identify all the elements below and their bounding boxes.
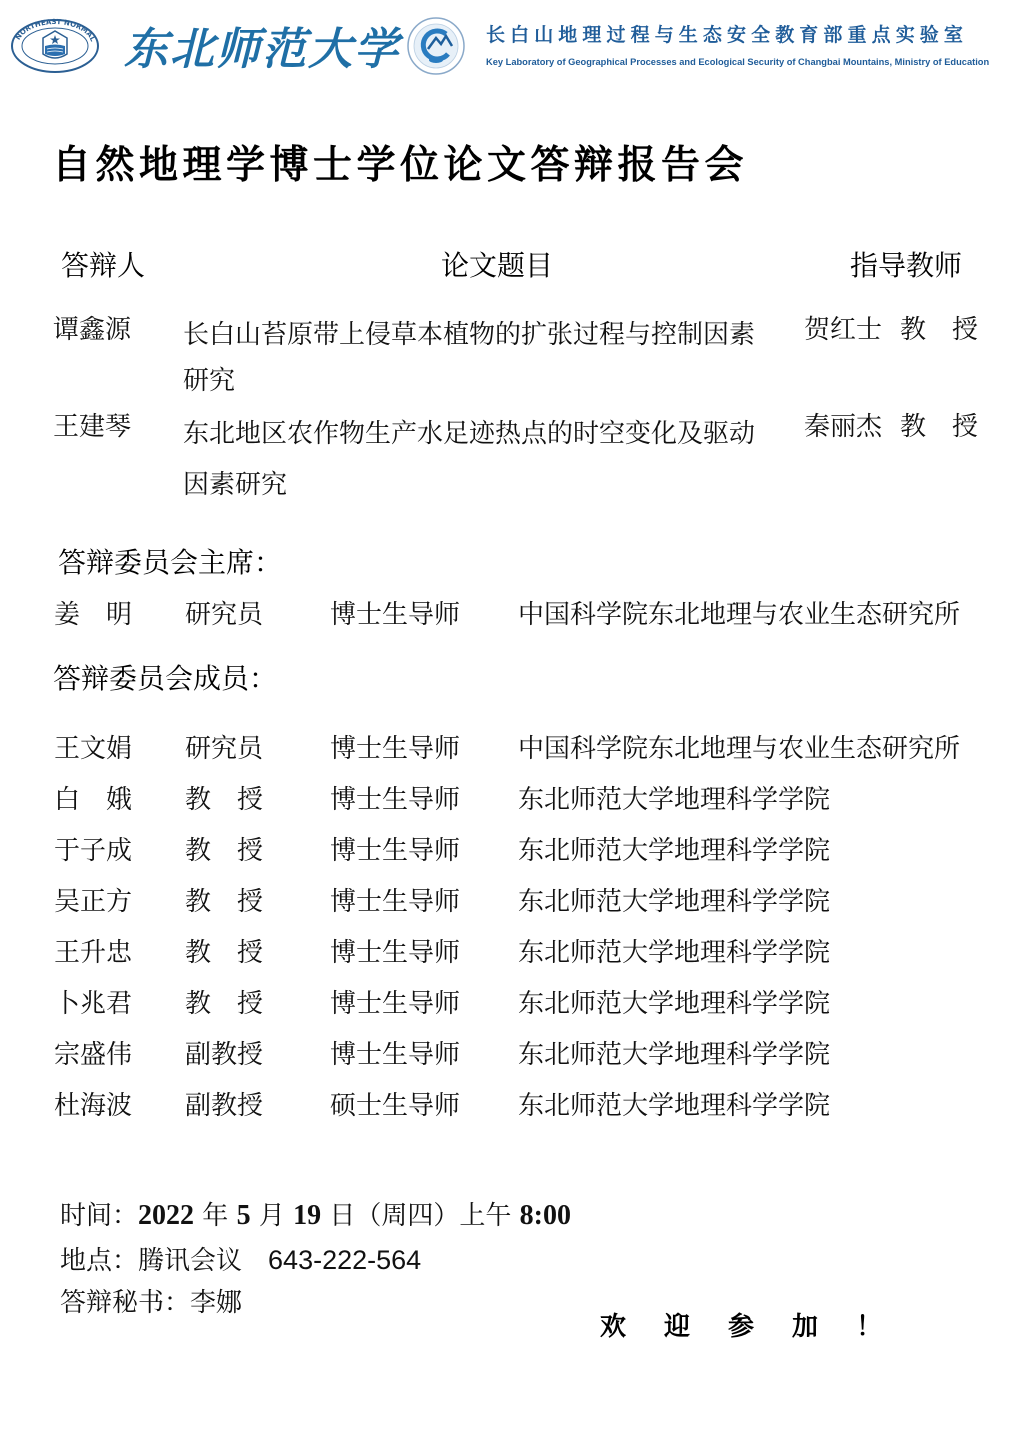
committee-members-heading: 答辩委员会成员： [53, 659, 277, 699]
thesis-topic: 东北地区农作物生产水足迹热点的时空变化及驱动因素研究 [183, 409, 773, 511]
member-name: 王升忠 [54, 934, 164, 972]
member-role: 硕士生导师 [330, 1087, 500, 1125]
member-organization: 东北师范大学地理科学学院 [518, 781, 830, 819]
member-title: 研究员 [185, 730, 305, 768]
welcome-char: 迎 [664, 1308, 690, 1346]
time-month: 5 [237, 1200, 251, 1231]
member-name: 杜海波 [54, 1087, 164, 1125]
committee-member-row: 于子成 教 授 博士生导师 东北师范大学地理科学学院 [54, 832, 1024, 870]
advisor-rank: 教授 [900, 409, 1004, 445]
thesis-topic: 长白山苔原带上侵草本植物的扩张过程与控制因素研究 [183, 312, 773, 404]
member-role: 博士生导师 [330, 1036, 500, 1074]
member-name: 白 娥 [54, 781, 164, 819]
advisor-rank: 教授 [900, 312, 1004, 348]
advisor: 秦丽杰教授 [804, 409, 1004, 445]
time-day: 19 [293, 1200, 321, 1231]
welcome-message: 欢迎参加！ [600, 1308, 920, 1346]
member-organization: 东北师范大学地理科学学院 [518, 832, 830, 870]
member-role: 博士生导师 [330, 934, 500, 972]
committee-chair-row: 姜 明 研究员 博士生导师 中国科学院东北地理与农业生态研究所 [54, 596, 1024, 634]
member-role: 博士生导师 [330, 883, 500, 921]
member-name: 宗盛伟 [54, 1036, 164, 1074]
welcome-char: 加 [792, 1308, 818, 1346]
advisor-name: 秦丽杰 [804, 412, 882, 442]
advisor: 贺红士教授 [804, 312, 1004, 348]
time-month-unit: 月 [259, 1201, 285, 1231]
candidate-name: 谭鑫源 [53, 312, 131, 348]
committee-member-row: 宗盛伟 副教授 博士生导师 东北师范大学地理科学学院 [54, 1036, 1024, 1074]
event-location: 地点：腾讯会议643-222-564 [60, 1241, 421, 1280]
member-role: 博士生导师 [330, 985, 500, 1023]
column-header-candidate: 答辩人 [61, 246, 145, 286]
university-name-calligraphy: 东北师范大学 [124, 22, 400, 78]
time-year-unit: 年 [202, 1201, 228, 1231]
column-header-topic: 论文题目 [441, 246, 553, 286]
member-role: 博士生导师 [330, 781, 500, 819]
member-title: 副教授 [185, 1036, 305, 1074]
member-organization: 中国科学院东北地理与农业生态研究所 [518, 596, 960, 634]
committee-member-row: 卜兆君 教 授 博士生导师 东北师范大学地理科学学院 [54, 985, 1024, 1023]
advisor-name: 贺红士 [804, 315, 882, 345]
time-year: 2022 [138, 1200, 194, 1231]
meeting-id[interactable]: 643-222-564 [268, 1245, 421, 1275]
page-title: 自然地理学博士学位论文答辩报告会 [52, 138, 748, 194]
member-title: 教 授 [185, 781, 305, 819]
member-title: 教 授 [185, 985, 305, 1023]
university-seal-logo: NORTHEAST NORMAL UNIVERSITY [10, 18, 100, 74]
welcome-char: ！ [856, 1308, 882, 1346]
time-label: 时间： [60, 1201, 138, 1231]
committee-member-row: 王文娟 研究员 博士生导师 中国科学院东北地理与农业生态研究所 [54, 730, 1024, 768]
member-name: 吴正方 [54, 883, 164, 921]
member-organization: 东北师范大学地理科学学院 [518, 883, 830, 921]
committee-member-row: 杜海波 副教授 硕士生导师 东北师范大学地理科学学院 [54, 1087, 1024, 1125]
member-organization: 东北师范大学地理科学学院 [518, 1036, 830, 1074]
member-name: 姜 明 [54, 596, 164, 634]
member-name: 于子成 [54, 832, 164, 870]
secretary-name: 李娜 [190, 1288, 242, 1318]
member-role: 博士生导师 [330, 596, 500, 634]
member-organization: 中国科学院东北地理与农业生态研究所 [518, 730, 960, 768]
member-title: 教 授 [185, 832, 305, 870]
member-organization: 东北师范大学地理科学学院 [518, 985, 830, 1023]
member-role: 博士生导师 [330, 832, 500, 870]
candidate-name: 王建琴 [53, 409, 131, 445]
event-secretary: 答辩秘书：李娜 [60, 1284, 242, 1322]
time-clock: 8:00 [520, 1200, 571, 1231]
event-time: 时间：2022 年 5 月 19 日（周四）上午 8:00 [60, 1197, 571, 1235]
member-title: 教 授 [185, 934, 305, 972]
member-title: 研究员 [185, 596, 305, 634]
welcome-char: 欢 [600, 1308, 626, 1346]
member-name: 王文娟 [54, 730, 164, 768]
committee-member-row: 吴正方 教 授 博士生导师 东北师范大学地理科学学院 [54, 883, 1024, 921]
column-header-advisor: 指导教师 [850, 246, 962, 286]
member-title: 教 授 [185, 883, 305, 921]
committee-chair-heading: 答辩委员会主席： [58, 543, 282, 583]
member-organization: 东北师范大学地理科学学院 [518, 1087, 830, 1125]
secretary-label: 答辩秘书： [60, 1288, 190, 1318]
member-name: 卜兆君 [54, 985, 164, 1023]
location-value: 腾讯会议 [138, 1246, 242, 1276]
lab-seal-logo [406, 16, 466, 76]
committee-member-row: 王升忠 教 授 博士生导师 东北师范大学地理科学学院 [54, 934, 1024, 972]
time-day-unit: 日（周四）上午 [329, 1201, 511, 1231]
member-role: 博士生导师 [330, 730, 500, 768]
member-title: 副教授 [185, 1087, 305, 1125]
location-label: 地点： [60, 1246, 138, 1276]
lab-name-english: Key Laboratory of Geographical Processes… [486, 55, 989, 69]
welcome-char: 参 [728, 1308, 754, 1346]
lab-name-chinese: 长白山地理过程与生态安全教育部重点实验室 [486, 22, 968, 48]
committee-member-row: 白 娥 教 授 博士生导师 东北师范大学地理科学学院 [54, 781, 1024, 819]
member-organization: 东北师范大学地理科学学院 [518, 934, 830, 972]
